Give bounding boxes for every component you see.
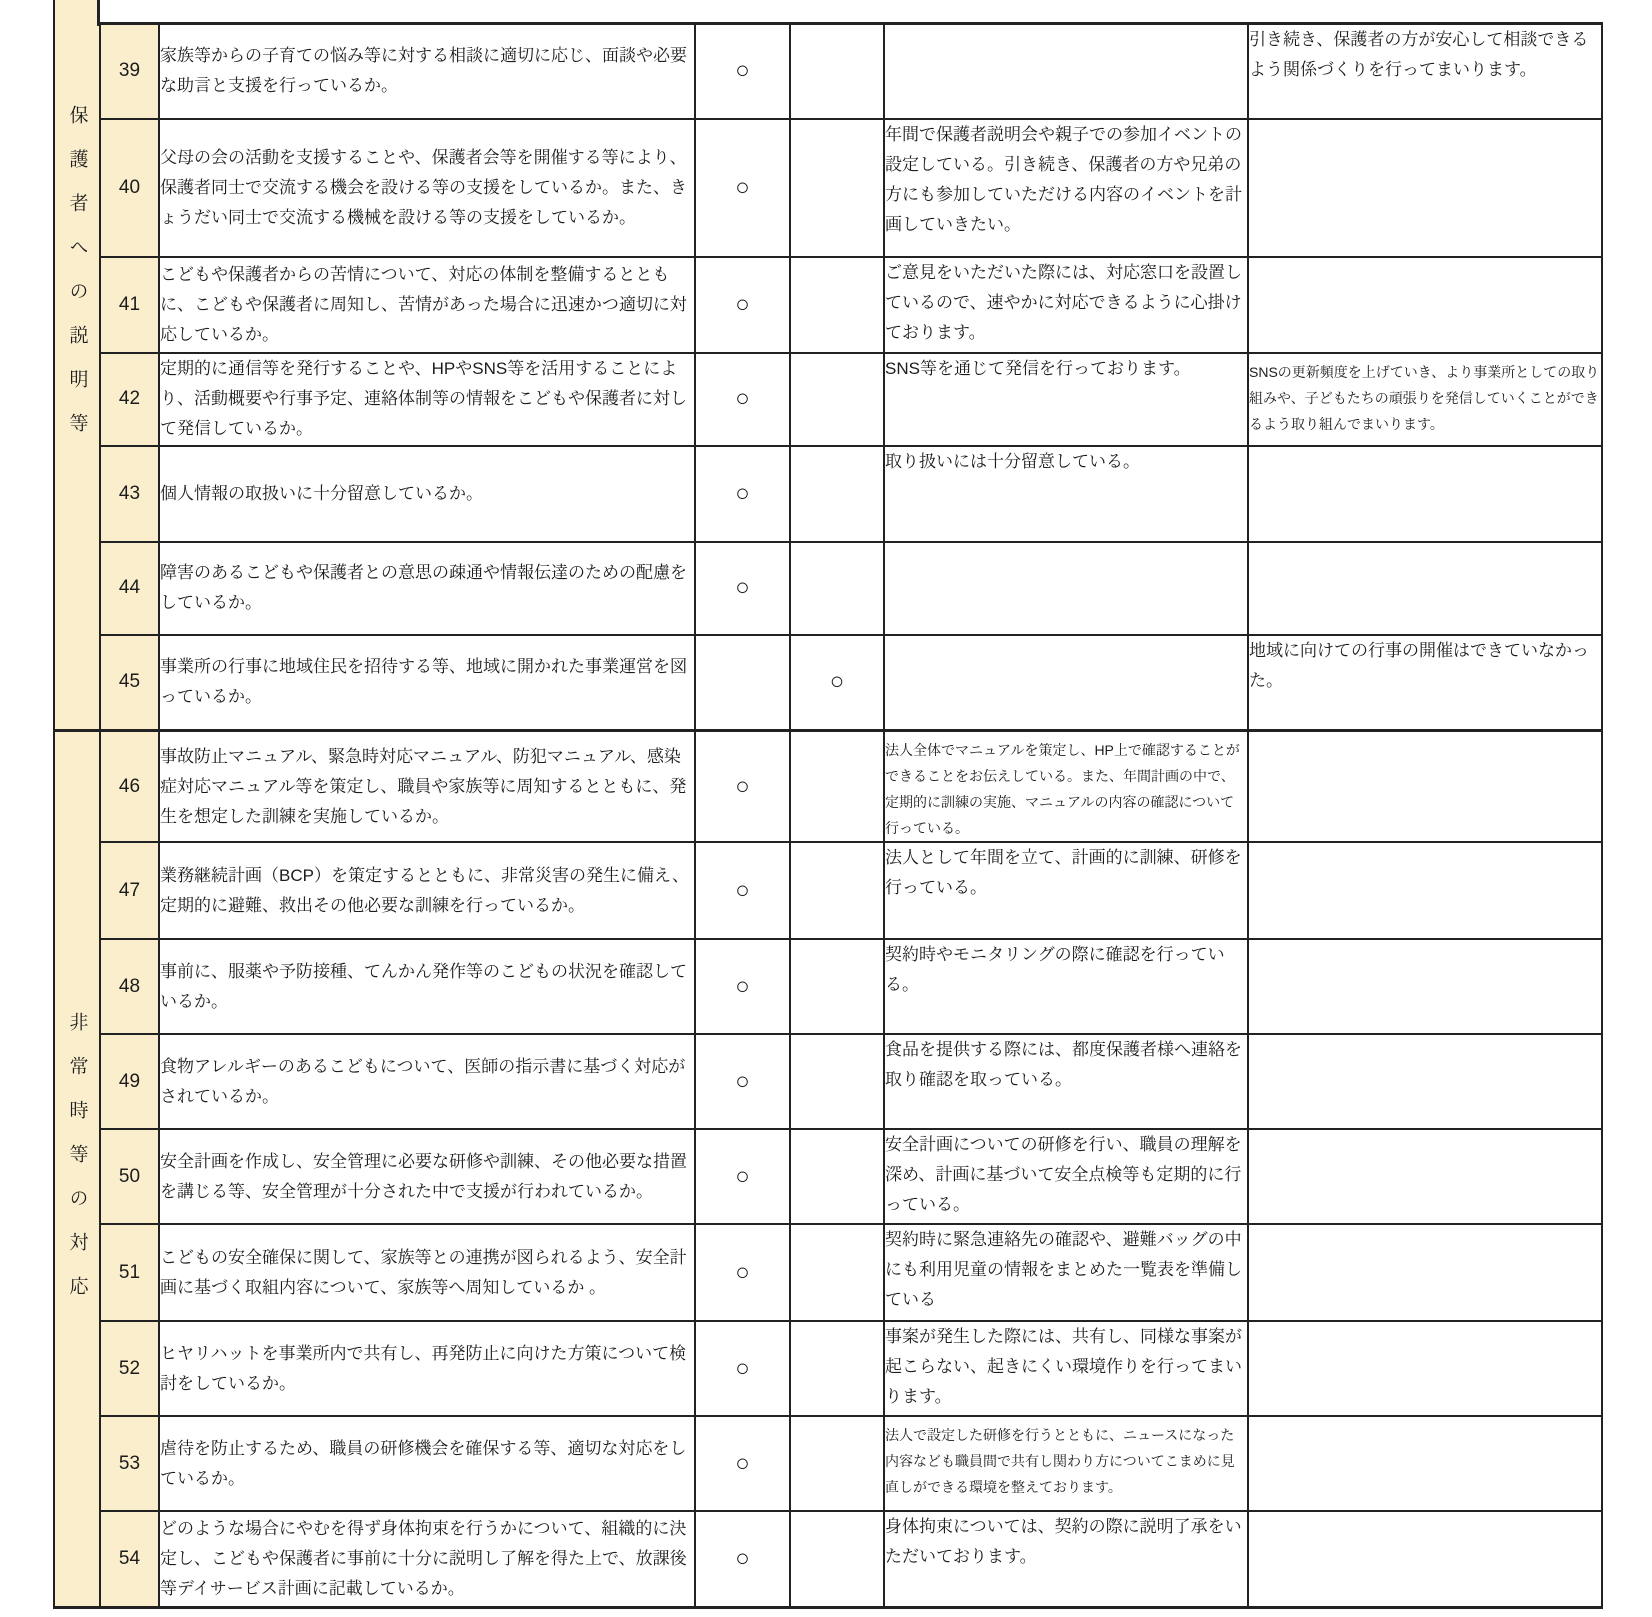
question-cell: どのような場合にやむを得ず身体拘束を行うかについて、組織的に決定し、こどもや保護…: [159, 1511, 695, 1607]
question-cell: 障害のあるこどもや保護者との意思の疎通や情報伝達のための配慮をしているか。: [159, 542, 695, 635]
table-row: 51こどもの安全確保に関して、家族等との連携が図られるよう、安全計画に基づく取組…: [54, 1224, 1602, 1321]
comment-right-cell: [1248, 119, 1602, 257]
mark-circle2-cell: [790, 1321, 884, 1416]
comment-left-cell: 契約時やモニタリングの際に確認を行っている。: [884, 939, 1248, 1034]
mark-circle1-cell: ○: [695, 731, 790, 843]
row-number-cell: 42: [100, 353, 159, 446]
comment-left-cell: ご意見をいただいた際には、対応窓口を設置しているので、速やかに対応できるように心…: [884, 257, 1248, 353]
comment-left-cell: 食品を提供する際には、都度保護者様へ連絡を取り確認を取っている。: [884, 1034, 1248, 1129]
question-cell: 業務継続計画（BCP）を策定するとともに、非常災害の発生に備え、定期的に避難、救…: [159, 842, 695, 939]
comment-left-cell: 法人として年間を立て、計画的に訓練、研修を行っている。: [884, 842, 1248, 939]
mark-circle1-cell: ○: [695, 939, 790, 1034]
mark-circle2-cell: [790, 24, 884, 119]
table-row: 45事業所の行事に地域住民を招待する等、地域に開かれた事業運営を図っているか。○…: [54, 635, 1602, 731]
table-row: 52ヒヤリハットを事業所内で共有し、再発防止に向けた方策について検討をしているか…: [54, 1321, 1602, 1416]
category-label: 非常時等の対応: [68, 1012, 87, 1320]
table-row: 41こどもや保護者からの苦情について、対応の体制を整備するとともに、こどもや保護…: [54, 257, 1602, 353]
comment-right-cell: 地域に向けての行事の開催はできていなかった。: [1248, 635, 1602, 731]
comment-right-cell: [1248, 939, 1602, 1034]
mark-circle2-cell: [790, 257, 884, 353]
mark-circle1-cell: ○: [695, 257, 790, 353]
question-cell: 家族等からの子育ての悩み等に対する相談に適切に応じ、面談や必要な助言と支援を行っ…: [159, 24, 695, 119]
question-cell: 事前に、服薬や予防接種、てんかん発作等のこどもの状況を確認しているか。: [159, 939, 695, 1034]
table-row: 54どのような場合にやむを得ず身体拘束を行うかについて、組織的に決定し、こどもや…: [54, 1511, 1602, 1607]
mark-circle2-cell: [790, 939, 884, 1034]
category-cell: 保護者への説明等: [54, 24, 100, 731]
comment-right-cell: [1248, 1416, 1602, 1511]
question-cell: 父母の会の活動を支援することや、保護者会等を開催する等により、保護者同士で交流す…: [159, 119, 695, 257]
comment-right-cell: [1248, 1034, 1602, 1129]
self-evaluation-sheet-page: { "colors": { "category_bg": "#faeecd", …: [0, 0, 1652, 1617]
question-cell: 虐待を防止するため、職員の研修機会を確保する等、適切な対応をしているか。: [159, 1416, 695, 1511]
question-cell: こどもの安全確保に関して、家族等との連携が図られるよう、安全計画に基づく取組内容…: [159, 1224, 695, 1321]
mark-circle2-cell: [790, 1416, 884, 1511]
comment-right-cell: 引き続き、保護者の方が安心して相談できるよう関係づくりを行ってまいります。: [1248, 24, 1602, 119]
mark-circle2-cell: ○: [790, 635, 884, 731]
table-row: 50安全計画を作成し、安全管理に必要な研修や訓練、その他必要な措置を講じる等、安…: [54, 1129, 1602, 1224]
row-number-cell: 54: [100, 1511, 159, 1607]
comment-right-cell: [1248, 1321, 1602, 1416]
category-label: 保護者への説明等: [68, 105, 87, 457]
mark-circle2-cell: [790, 353, 884, 446]
mark-circle2-cell: [790, 731, 884, 843]
mark-circle1-cell: ○: [695, 1224, 790, 1321]
question-cell: 安全計画を作成し、安全管理に必要な研修や訓練、その他必要な措置を講じる等、安全管…: [159, 1129, 695, 1224]
comment-left-cell: [884, 635, 1248, 731]
question-cell: 個人情報の取扱いに十分留意しているか。: [159, 446, 695, 542]
comment-left-cell: 取り扱いには十分留意している。: [884, 446, 1248, 542]
table-row: 42定期的に通信等を発行することや、HPやSNS等を活用することにより、活動概要…: [54, 353, 1602, 446]
comment-left-cell: SNS等を通じて発信を行っております。: [884, 353, 1248, 446]
comment-right-cell: SNSの更新頻度を上げていき、より事業所としての取り組みや、子どもたちの頑張りを…: [1248, 353, 1602, 446]
mark-circle1-cell: ○: [695, 1129, 790, 1224]
question-cell: 食物アレルギーのあるこどもについて、医師の指示書に基づく対応がされているか。: [159, 1034, 695, 1129]
question-cell: 事業所の行事に地域住民を招待する等、地域に開かれた事業運営を図っているか。: [159, 635, 695, 731]
comment-right-cell: [1248, 446, 1602, 542]
row-number-cell: 51: [100, 1224, 159, 1321]
row-number-cell: 43: [100, 446, 159, 542]
row-number-cell: 52: [100, 1321, 159, 1416]
mark-circle1-cell: ○: [695, 353, 790, 446]
comment-left-cell: 事案が発生した際には、共有し、同様な事案が起こらない、起きにくい環境作りを行って…: [884, 1321, 1248, 1416]
row-number-cell: 45: [100, 635, 159, 731]
comment-left-cell: [884, 24, 1248, 119]
table-row: 非常時等の対応46事故防止マニュアル、緊急時対応マニュアル、防犯マニュアル、感染…: [54, 731, 1602, 843]
table-row: 53虐待を防止するため、職員の研修機会を確保する等、適切な対応をしているか。○法…: [54, 1416, 1602, 1511]
row-number-cell: 39: [100, 24, 159, 119]
mark-circle1-cell: ○: [695, 1321, 790, 1416]
table-row: 47業務継続計画（BCP）を策定するとともに、非常災害の発生に備え、定期的に避難…: [54, 842, 1602, 939]
mark-circle2-cell: [790, 842, 884, 939]
mark-circle2-cell: [790, 542, 884, 635]
comment-right-cell: [1248, 1224, 1602, 1321]
mark-circle2-cell: [790, 446, 884, 542]
comment-left-cell: 年間で保護者説明会や親子での参加イベントの設定している。引き続き、保護者の方や兄…: [884, 119, 1248, 257]
row-number-cell: 44: [100, 542, 159, 635]
category-cell: 非常時等の対応: [54, 731, 100, 1608]
row-number-cell: 50: [100, 1129, 159, 1224]
comment-right-cell: [1248, 542, 1602, 635]
comment-left-cell: 法人で設定した研修を行うとともに、ニュースになった内容なども職員間で共有し関わり…: [884, 1416, 1248, 1511]
comment-left-cell: 契約時に緊急連絡先の確認や、避難バッグの中にも利用児童の情報をまとめた一覧表を準…: [884, 1224, 1248, 1321]
row-number-cell: 40: [100, 119, 159, 257]
row-number-cell: 48: [100, 939, 159, 1034]
mark-circle1-cell: ○: [695, 119, 790, 257]
mark-circle2-cell: [790, 1511, 884, 1607]
table-row: 40父母の会の活動を支援することや、保護者会等を開催する等により、保護者同士で交…: [54, 119, 1602, 257]
mark-circle2-cell: [790, 1034, 884, 1129]
mark-circle1-cell: ○: [695, 1416, 790, 1511]
comment-left-cell: [884, 542, 1248, 635]
comment-right-cell: [1248, 1129, 1602, 1224]
row-number-cell: 49: [100, 1034, 159, 1129]
question-cell: こどもや保護者からの苦情について、対応の体制を整備するとともに、こどもや保護者に…: [159, 257, 695, 353]
row-number-cell: 41: [100, 257, 159, 353]
mark-circle1-cell: ○: [695, 1511, 790, 1607]
mark-circle1-cell: ○: [695, 542, 790, 635]
comment-right-cell: [1248, 1511, 1602, 1607]
self-evaluation-table: 保護者への説明等39家族等からの子育ての悩み等に対する相談に適切に応じ、面談や必…: [53, 22, 1603, 1609]
question-cell: 定期的に通信等を発行することや、HPやSNS等を活用することにより、活動概要や行…: [159, 353, 695, 446]
mark-circle2-cell: [790, 119, 884, 257]
table-row: 44障害のあるこどもや保護者との意思の疎通や情報伝達のための配慮をしているか。○: [54, 542, 1602, 635]
row-number-cell: 46: [100, 731, 159, 843]
mark-circle1-cell: ○: [695, 24, 790, 119]
table-row: 48事前に、服薬や予防接種、てんかん発作等のこどもの状況を確認しているか。○契約…: [54, 939, 1602, 1034]
comment-left-cell: 身体拘束については、契約の際に説明了承をいただいております。: [884, 1511, 1248, 1607]
comment-right-cell: [1248, 731, 1602, 843]
mark-circle1-cell: ○: [695, 446, 790, 542]
question-cell: 事故防止マニュアル、緊急時対応マニュアル、防犯マニュアル、感染症対応マニュアル等…: [159, 731, 695, 843]
mark-circle1-cell: [695, 635, 790, 731]
table-row: 保護者への説明等39家族等からの子育ての悩み等に対する相談に適切に応じ、面談や必…: [54, 24, 1602, 119]
mark-circle2-cell: [790, 1224, 884, 1321]
mark-circle2-cell: [790, 1129, 884, 1224]
category-column-extension: [53, 0, 100, 26]
row-number-cell: 47: [100, 842, 159, 939]
comment-left-cell: 安全計画についての研修を行い、職員の理解を深め、計画に基づいて安全点検等も定期的…: [884, 1129, 1248, 1224]
table-row: 49食物アレルギーのあるこどもについて、医師の指示書に基づく対応がされているか。…: [54, 1034, 1602, 1129]
question-cell: ヒヤリハットを事業所内で共有し、再発防止に向けた方策について検討をしているか。: [159, 1321, 695, 1416]
comment-left-cell: 法人全体でマニュアルを策定し、HP上で確認することができることをお伝えしている。…: [884, 731, 1248, 843]
table-row: 43個人情報の取扱いに十分留意しているか。○取り扱いには十分留意している。: [54, 446, 1602, 542]
comment-right-cell: [1248, 257, 1602, 353]
comment-right-cell: [1248, 842, 1602, 939]
mark-circle1-cell: ○: [695, 842, 790, 939]
mark-circle1-cell: ○: [695, 1034, 790, 1129]
row-number-cell: 53: [100, 1416, 159, 1511]
